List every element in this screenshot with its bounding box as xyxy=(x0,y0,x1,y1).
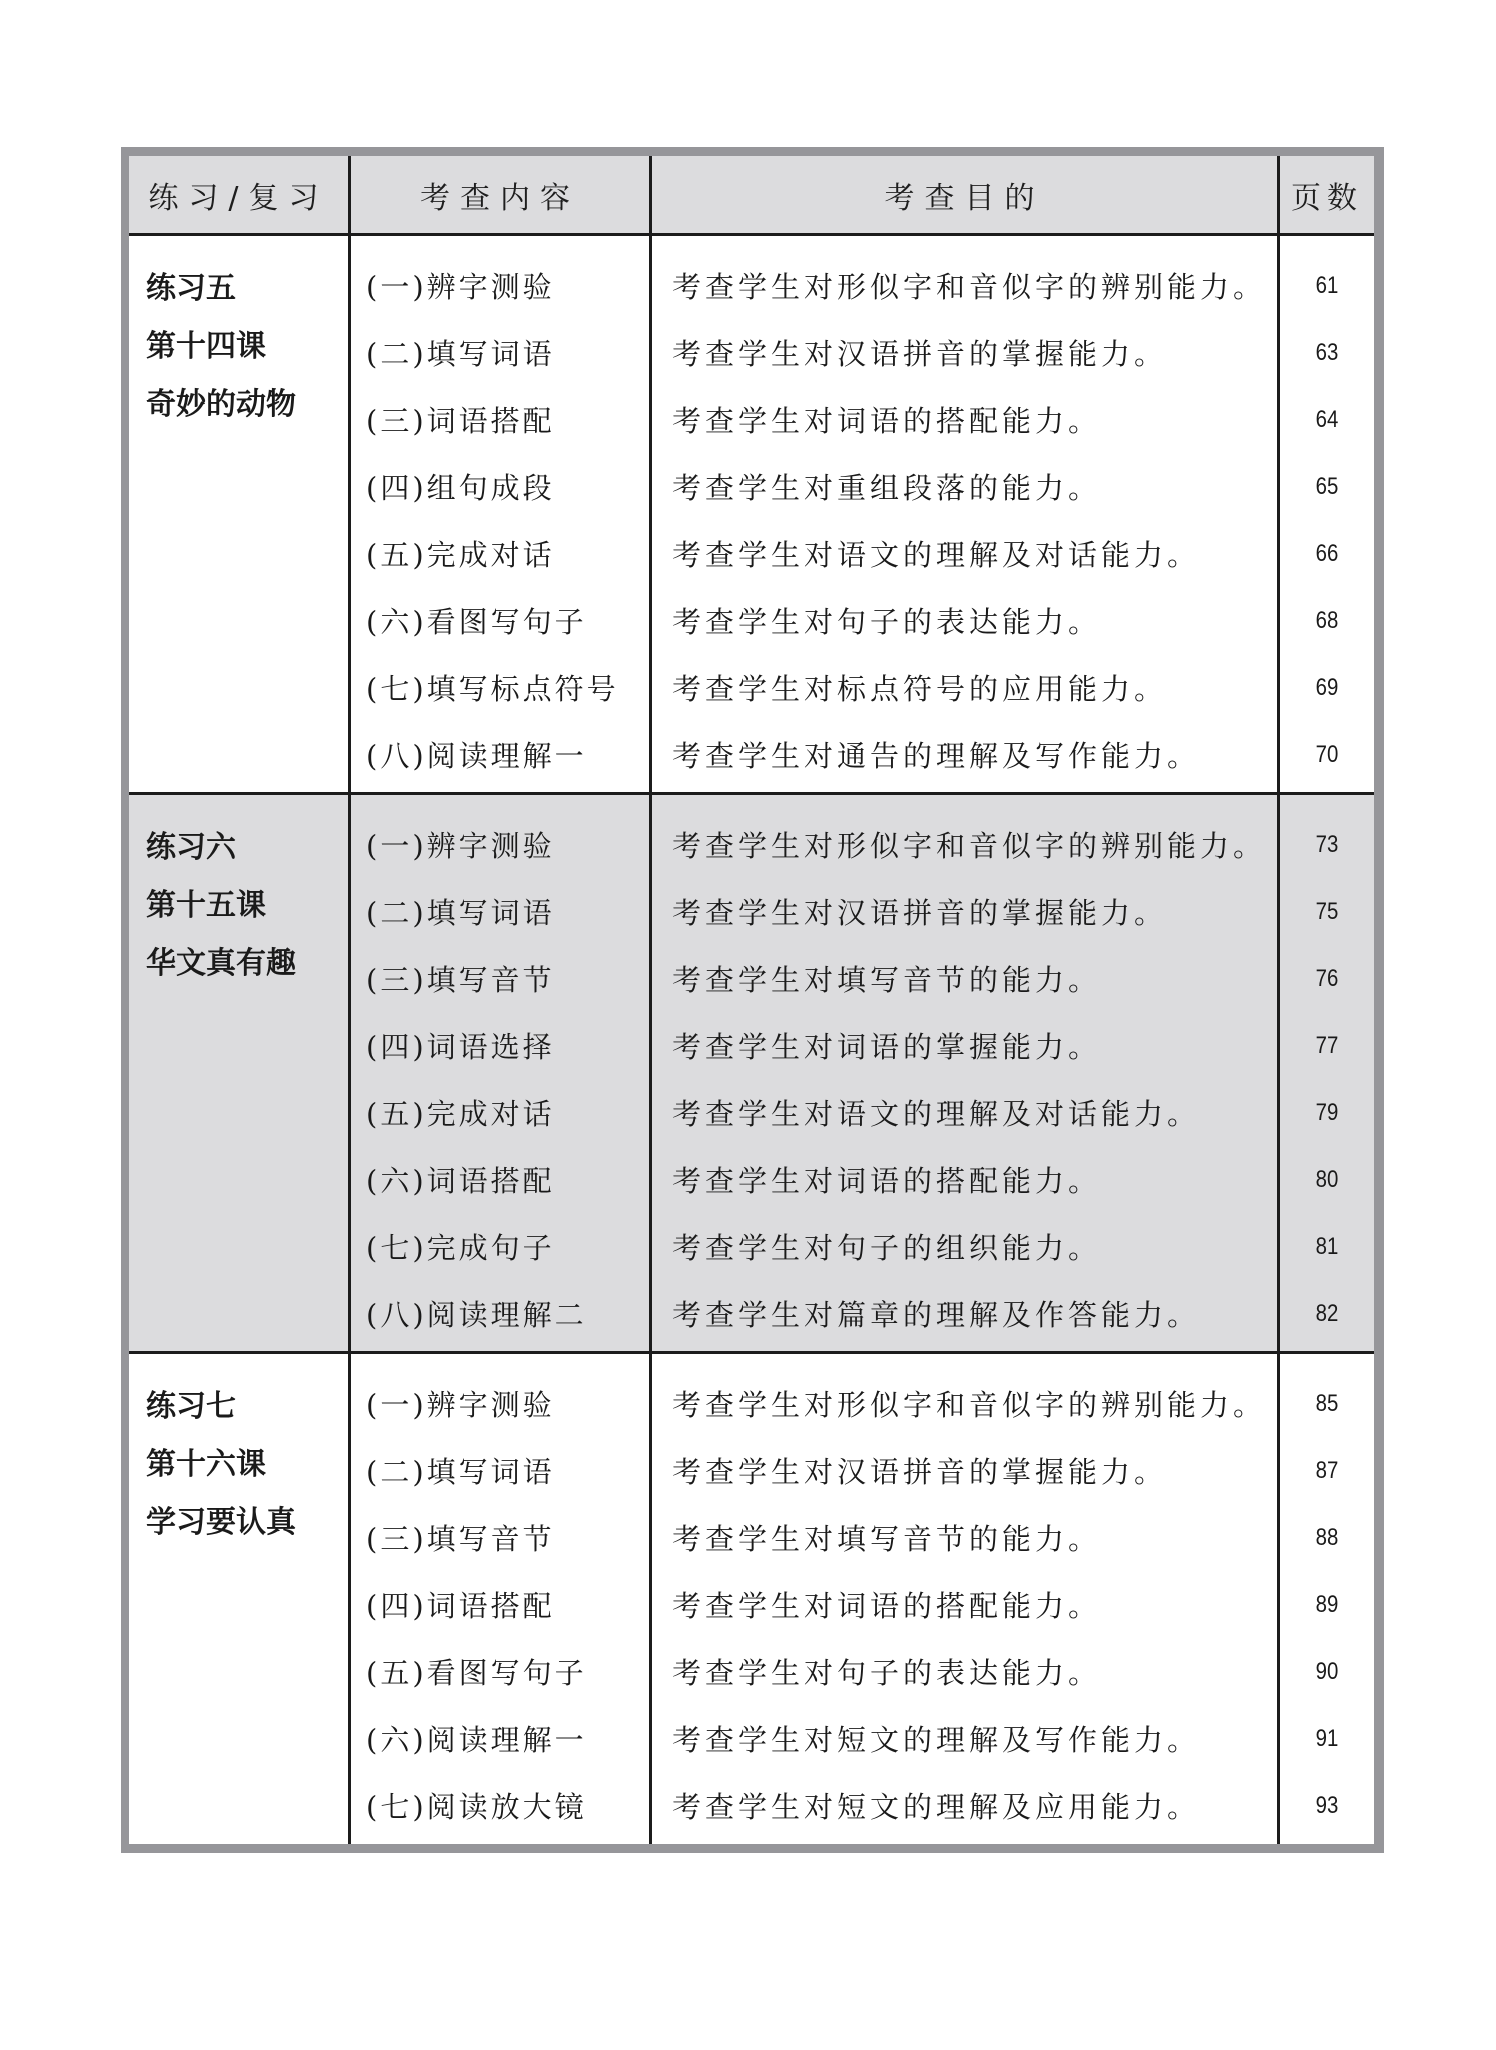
purpose-item: 考查学生对篇章的理解及作答能力。 xyxy=(652,1280,1277,1347)
section-pages-cell: 6163646566686970 xyxy=(1280,236,1374,795)
section-content-cell: (一)辨字测验(二)填写词语(三)填写音节(四)词语选择(五)完成对话(六)词语… xyxy=(351,795,652,1354)
section-title: 学习要认真 xyxy=(146,1494,348,1552)
section-purpose-cell: 考查学生对形似字和音似字的辨别能力。考查学生对汉语拼音的掌握能力。考查学生对填写… xyxy=(652,1354,1280,1844)
content-item: (三)填写音节 xyxy=(351,945,649,1012)
page-number: 80 xyxy=(1287,1146,1367,1213)
section-lesson-cell: 练习七第十六课学习要认真 xyxy=(129,1354,351,1844)
purpose-item: 考查学生对填写音节的能力。 xyxy=(652,1504,1277,1571)
purpose-item: 考查学生对重组段落的能力。 xyxy=(652,453,1277,520)
content-item: (二)填写词语 xyxy=(351,878,649,945)
content-item: (三)词语搭配 xyxy=(351,386,649,453)
purpose-item: 考查学生对词语的搭配能力。 xyxy=(652,386,1277,453)
page-number: 65 xyxy=(1287,453,1367,520)
section-exercise: 练习六 xyxy=(146,819,348,877)
purpose-item: 考查学生对语文的理解及对话能力。 xyxy=(652,1079,1277,1146)
page-number: 91 xyxy=(1287,1705,1367,1772)
page-number: 61 xyxy=(1287,252,1367,319)
content-item: (二)填写词语 xyxy=(351,319,649,386)
section-lesson: 第十六课 xyxy=(146,1436,348,1494)
purpose-item: 考查学生对形似字和音似字的辨别能力。 xyxy=(652,811,1277,878)
page-number: 63 xyxy=(1287,319,1367,386)
content-item: (七)填写标点符号 xyxy=(351,654,649,721)
page-number: 81 xyxy=(1287,1213,1367,1280)
purpose-item: 考查学生对词语的搭配能力。 xyxy=(652,1571,1277,1638)
content-item: (一)辨字测验 xyxy=(351,811,649,878)
section-lesson: 第十四课 xyxy=(146,318,348,376)
purpose-item: 考查学生对句子的表达能力。 xyxy=(652,1638,1277,1705)
content-item: (八)阅读理解二 xyxy=(351,1280,649,1347)
purpose-item: 考查学生对短文的理解及应用能力。 xyxy=(652,1772,1277,1839)
content-item: (五)看图写句子 xyxy=(351,1638,649,1705)
purpose-item: 考查学生对汉语拼音的掌握能力。 xyxy=(652,878,1277,945)
page-number: 93 xyxy=(1287,1772,1367,1839)
section-content-cell: (一)辨字测验(二)填写词语(三)填写音节(四)词语搭配(五)看图写句子(六)阅… xyxy=(351,1354,652,1844)
purpose-item: 考查学生对汉语拼音的掌握能力。 xyxy=(652,319,1277,386)
section-lesson-cell: 练习五第十四课奇妙的动物 xyxy=(129,236,351,795)
section-purpose-cell: 考查学生对形似字和音似字的辨别能力。考查学生对汉语拼音的掌握能力。考查学生对填写… xyxy=(652,795,1280,1354)
page-number: 90 xyxy=(1287,1638,1367,1705)
purpose-item: 考查学生对语文的理解及对话能力。 xyxy=(652,520,1277,587)
section-purpose-cell: 考查学生对形似字和音似字的辨别能力。考查学生对汉语拼音的掌握能力。考查学生对词语… xyxy=(652,236,1280,795)
page-number: 69 xyxy=(1287,654,1367,721)
content-item: (四)词语搭配 xyxy=(351,1571,649,1638)
purpose-item: 考查学生对词语的掌握能力。 xyxy=(652,1012,1277,1079)
purpose-item: 考查学生对通告的理解及写作能力。 xyxy=(652,721,1277,788)
purpose-item: 考查学生对句子的表达能力。 xyxy=(652,587,1277,654)
page-number: 87 xyxy=(1287,1437,1367,1504)
content-item: (七)完成句子 xyxy=(351,1213,649,1280)
header-purpose: 考查目的 xyxy=(652,156,1280,236)
content-item: (六)看图写句子 xyxy=(351,587,649,654)
page-number: 89 xyxy=(1287,1571,1367,1638)
page-number: 68 xyxy=(1287,587,1367,654)
page-number: 76 xyxy=(1287,945,1367,1012)
page-number: 82 xyxy=(1287,1280,1367,1347)
section-content-cell: (一)辨字测验(二)填写词语(三)词语搭配(四)组句成段(五)完成对话(六)看图… xyxy=(351,236,652,795)
content-item: (一)辨字测验 xyxy=(351,1370,649,1437)
page-number: 79 xyxy=(1287,1079,1367,1146)
purpose-item: 考查学生对填写音节的能力。 xyxy=(652,945,1277,1012)
purpose-item: 考查学生对汉语拼音的掌握能力。 xyxy=(652,1437,1277,1504)
purpose-item: 考查学生对形似字和音似字的辨别能力。 xyxy=(652,1370,1277,1437)
content-item: (一)辨字测验 xyxy=(351,252,649,319)
page-number: 75 xyxy=(1287,878,1367,945)
content-item: (四)词语选择 xyxy=(351,1012,649,1079)
page-number: 66 xyxy=(1287,520,1367,587)
header-lesson: 练习/复习 xyxy=(129,156,351,236)
content-item: (七)阅读放大镜 xyxy=(351,1772,649,1839)
purpose-item: 考查学生对词语的搭配能力。 xyxy=(652,1146,1277,1213)
section-pages-cell: 85878889909193 xyxy=(1280,1354,1374,1844)
page-number: 73 xyxy=(1287,811,1367,878)
section-exercise: 练习五 xyxy=(146,260,348,318)
content-item: (八)阅读理解一 xyxy=(351,721,649,788)
header-pages: 页数 xyxy=(1280,156,1374,236)
section-lesson: 第十五课 xyxy=(146,877,348,935)
content-item: (五)完成对话 xyxy=(351,1079,649,1146)
content-item: (四)组句成段 xyxy=(351,453,649,520)
page-number: 88 xyxy=(1287,1504,1367,1571)
page-number: 70 xyxy=(1287,721,1367,788)
content-item: (五)完成对话 xyxy=(351,520,649,587)
section-pages-cell: 7375767779808182 xyxy=(1280,795,1374,1354)
content-item: (三)填写音节 xyxy=(351,1504,649,1571)
purpose-item: 考查学生对标点符号的应用能力。 xyxy=(652,654,1277,721)
page-number: 85 xyxy=(1287,1370,1367,1437)
purpose-item: 考查学生对句子的组织能力。 xyxy=(652,1213,1277,1280)
page-number: 64 xyxy=(1287,386,1367,453)
page-number: 77 xyxy=(1287,1012,1367,1079)
section-title: 华文真有趣 xyxy=(146,935,348,993)
content-item: (二)填写词语 xyxy=(351,1437,649,1504)
section-exercise: 练习七 xyxy=(146,1378,348,1436)
content-item: (六)阅读理解一 xyxy=(351,1705,649,1772)
purpose-item: 考查学生对短文的理解及写作能力。 xyxy=(652,1705,1277,1772)
exercise-index-table: 练习/复习 考查内容 考查目的 页数 练习五第十四课奇妙的动物(一)辨字测验(二… xyxy=(129,156,1374,1844)
purpose-item: 考查学生对形似字和音似字的辨别能力。 xyxy=(652,252,1277,319)
content-item: (六)词语搭配 xyxy=(351,1146,649,1213)
section-lesson-cell: 练习六第十五课华文真有趣 xyxy=(129,795,351,1354)
header-content: 考查内容 xyxy=(351,156,652,236)
section-title: 奇妙的动物 xyxy=(146,376,348,434)
